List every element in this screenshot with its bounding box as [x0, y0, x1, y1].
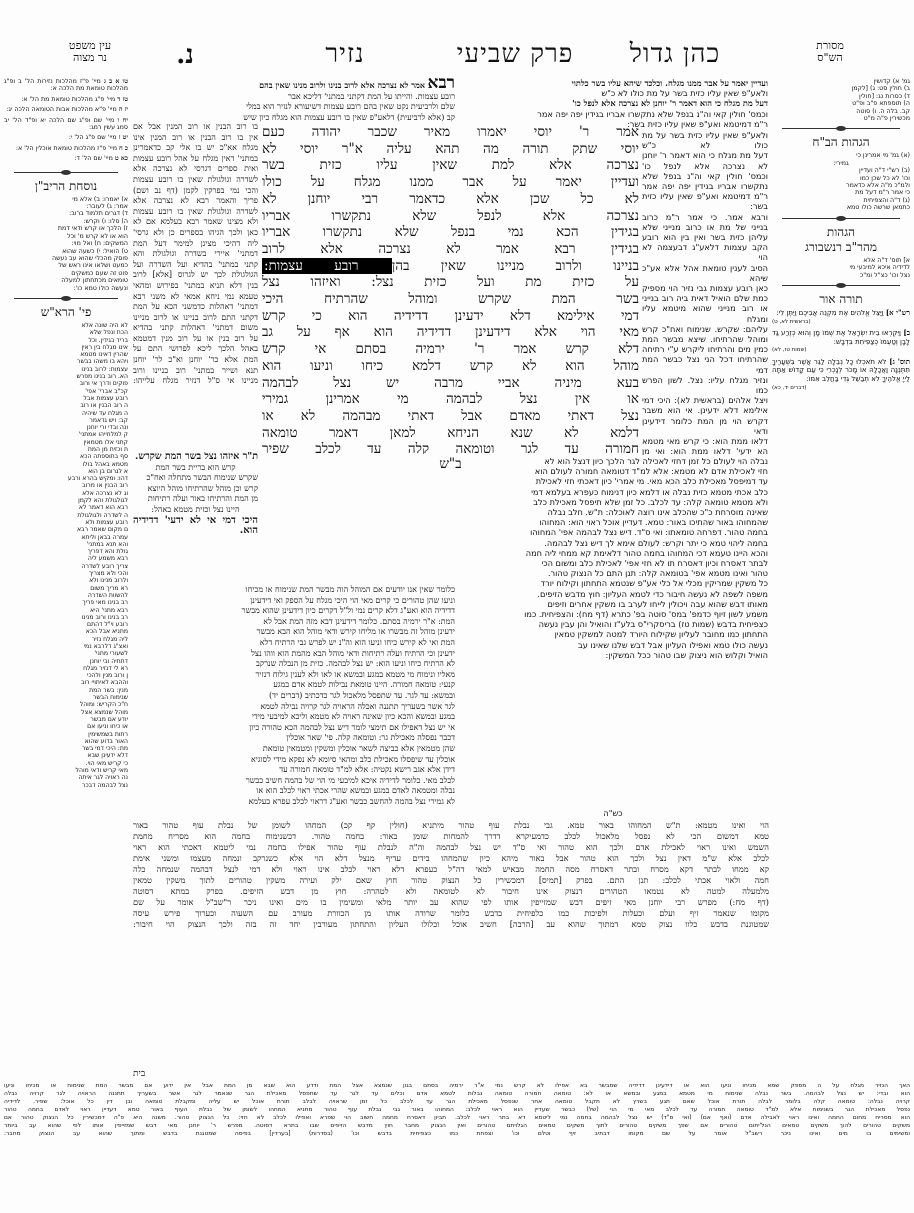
ein-mishpat-text: מיי' פ"ז מהלכות טומאת אוכלין הל' א:	[16, 145, 117, 152]
ein-mishpat-entry: טו א ב ג מיי' פ"ז מהלכות נזירות הל' ב ופ…	[4, 78, 128, 93]
rosh-line: קכ"ב אברי' אפי'	[4, 388, 128, 395]
torah-or: רש"י א] וַיַּצֵּל אֱלֹהִים אֶת מִקְנֵה א…	[772, 309, 910, 395]
tosafot-line: לשדרה וגולגולת שאין בו רובע עצמות	[133, 175, 258, 186]
rashi-line: בחמה טהור. דפרחה טומאתו: ואי ס"ד. דיש נצ…	[458, 527, 768, 537]
tosafot-line: כלומר שאין אנו יודעים אם המוהל הוה מבשר …	[133, 585, 455, 596]
rashi-line: הואיל וקלוש הוא ניצוק שבו טהור ככל המשקי…	[458, 650, 768, 660]
rivan-line: המשקים: ח) ואל מוי:	[4, 240, 128, 247]
rashi-end-marker: כש"ה	[458, 808, 768, 818]
tosafot-line: מקומו שנאמר זיף ועלם וכעלות ולפיכות כמו …	[133, 908, 769, 919]
tosafot-line: ידעינן מוהל זה מבשרו או מליחו קירש ודאי …	[133, 627, 455, 638]
rivan-line: פוט זה שעם כמשקים	[4, 270, 128, 277]
masoret-header: מסורת הש"ס	[775, 40, 885, 68]
tosafot-line: הגולגולת לכך יש לגרוס [אלא] לרוב	[133, 270, 258, 281]
rivan-line: ד) דגרים תלמוד ברוב:	[4, 210, 128, 217]
tosafot-line: קא ממחו לבתר דקא מסרח ובתר דאסרח מסה החמ…	[133, 864, 769, 875]
rosh-line: רא מריך משום	[4, 585, 128, 592]
ein-mishpat-entry: טז ד מיי' פ"ג מהלכות טומאת מת הל' א:	[4, 96, 128, 103]
tosafot-line: כאן ולכך הגיהו בספרים כן ולא גרסי'	[133, 228, 258, 239]
rashi-line: משמע לשון זיוף כדמפ' במס' סוטה בפ' כתרא …	[458, 609, 768, 619]
rashi-line: שאינה מוסרחת כ"כ שהכלב אינו רוצה לאוכלה:…	[458, 507, 768, 517]
tosafot-line: לכלב אלא ש"מ דאין נצל ולכך הוא טהור אבל …	[133, 853, 769, 864]
tosafot-line: אין בו רוב הבנין או רוב המנין אינו	[133, 133, 258, 144]
gemara-line: ועדיין יאמר על אבר ממנו מגלח על כולו	[262, 174, 639, 191]
tosafot-line: בו רוב הבנין או רוב המנין אבל אם	[133, 122, 258, 133]
masoret-line: גמ' א) קדושין	[772, 78, 910, 85]
gemara-line: מאי הוי אלא דידעינן דדידיה הוא אף על גב	[262, 324, 639, 341]
footnote-line: נפסל מאכילת הגר בשנימוח אלא למ"ד טומאה ח…	[4, 1106, 910, 1114]
rashi-line: בחמה ליהוי טמא כי יתר וקרש: לעולם אימא ל…	[458, 538, 768, 548]
hagahot-maharab-title-line2: מהר"ב רנשבורג	[772, 240, 910, 255]
rosh-line: רא לי דנזיר מגלח	[4, 665, 128, 672]
rosh-line: גולת והא דפריך	[4, 548, 128, 555]
tosafot-line: שלם ולרביעית נקט שאין בהם רובע עצמות דשי…	[133, 102, 455, 113]
rosh-line: סף בתוספתה הכא	[4, 453, 128, 460]
rashi-line: ולאע"פ שאין עליו כזית בשר על מת כולו לא …	[458, 88, 768, 98]
tosafot-line: באהל הלכך ליכא לפרושי התם על	[133, 344, 258, 355]
torah-or-entry: תוס' ג] לֹא תֹאכְלוּ כָל נְבֵלָה לַגֵּר …	[772, 358, 910, 392]
perush-harosh: לא היה שונה אלאהכת ונפל שלאבריד בגידין. …	[4, 322, 128, 789]
footnote-line: האך הנזיר מגלח על ה מספק שמא מכיחו וניעו…	[4, 1082, 910, 1090]
rosh-line: ואצ"ג דלרבא נמי	[4, 643, 128, 650]
hagahot-bach-title: הגהות הב"ח	[772, 135, 910, 150]
tosafot-line: לא הרתיח כיחו וניעו הוא: יש נצל לבהמה. כ…	[133, 659, 455, 670]
gemara-line: נצרכה אלא לנפל שלא נתקשרו אבריו	[262, 208, 639, 225]
rosh-line: ת וכזית מן המת	[4, 446, 128, 453]
gemara-line: נצרכה אלא למת שאין עליו כזית בשר	[262, 157, 639, 174]
rosh-line: רובע וי"ל דהתם	[4, 621, 128, 628]
tosafot-header: רבא אמר לא נצרכה אלא לרוב בנינו ולרוב מנ…	[133, 78, 455, 123]
rosh-line: מוהל שנמצא אצל	[4, 709, 128, 716]
torah-or-title: תורה אור	[772, 292, 910, 307]
tosafot-dibur-2: ת"ר איזהו נצל בשר המת שקרש. קרש הוא בריי…	[133, 452, 258, 582]
tosafot-line: קרש הוא בריית בשר המת	[133, 463, 258, 474]
tosafot-line: פריך והאמר רבא לא נצרכה אלא	[133, 196, 258, 207]
rosh-line: לשעורי מתני'	[4, 650, 128, 657]
chapter-name: כהן גדול	[600, 40, 750, 68]
torah-or-mark: ב]	[903, 328, 910, 337]
tosafot-line: רובע עצמות. והייתו על המת דקתני במתני' ד…	[133, 92, 455, 103]
rashi-line: דקרש הוי מן המת כלומר דידעינן ודאי	[642, 416, 768, 436]
ein-mishpat-mark: יז ה	[119, 106, 128, 113]
tosafot-line: הוי ואינו מטמא: ת"ש המחוהו באור טמא. גבי…	[133, 820, 769, 831]
tosafot-line: קתני במתני' בהדיא ועל השדרה ועל	[133, 260, 258, 271]
hagahot-bach: (א) גמ' מי אמרינן כי גמירי: (ב) רש"י ד"ה…	[772, 152, 910, 211]
rosh-line: ה רוב הבנין או רוב	[4, 402, 128, 409]
masoret-hashas: גמ' א) קדושין ב) חולין סט: ג) [לקמן ד) כ…	[772, 78, 910, 122]
tosafot-line: תנא ושייר במתני' רוב בניינו ורוב	[133, 366, 258, 377]
footnote-line: הוא ובדי: יש נצל לבהמה. בשר נבלה שנימוח …	[4, 1090, 910, 1098]
ein-mishpat-entry: יח ו מיי' שם ופ"ג שם הלכה יא ופ"ד הל' יב…	[4, 117, 128, 132]
rosh-line: האור בדוע שהוא	[4, 738, 128, 745]
tosafot-line: המת אלא כר' יוחנן וא"כ לר' יוחנן	[133, 355, 258, 366]
rosh-line: או כיחו וניעו אם	[4, 723, 128, 730]
rosh-line: עצמות: לרוב בנינו	[4, 366, 128, 373]
nuschat-rivan: א) יאמרו: ב) אלא מי אמר: ג) לעובר: ד) דג…	[4, 196, 128, 292]
tosafot-line: טמא דמשום הכי לא נפסל מלאכול לכלב כדמעיק…	[133, 831, 769, 842]
tosafot-line: ואית ספרים דגרסי לא נצרכה אלא	[133, 164, 258, 175]
tosafot-line: במתני' דאין מגלח על אהל רובע עצמות	[133, 154, 258, 165]
rashi-line: ר"מ דמיטמא ואע"פ שאין עליו כזית בשר:	[642, 191, 768, 211]
ein-mishpat-mark: כ ח	[119, 145, 128, 152]
rashi-line: ולא מטמא טומאה קלה: עד לכלב. כל זמן שלא …	[458, 497, 768, 507]
rosh-line: ונה ובדי ורי יוחנן	[4, 424, 128, 431]
rashi-line: לבתר דאסרח וכיון דאסרח תו לא חזי אפי' לא…	[458, 558, 768, 568]
rashi-line: וכמס' חולין קאי וה"נ בנפל שלא נתקשרו אבר…	[458, 109, 768, 119]
masoret-line: מכשירין פ"ה מ"ט	[772, 115, 910, 122]
ein-mishpat-mark: יח ו	[118, 117, 128, 124]
rosh-line: עמרה בבאן וליתא	[4, 534, 128, 541]
ein-mishpat-mark: טז ד	[117, 96, 128, 103]
tosafot-line: משום דמתני' דאהלות קתני בהדיא	[133, 323, 258, 334]
ornament-divider	[14, 172, 118, 173]
tosafot-dibur: אמר לא נצרכה אלא לרוב בנינו ולרוב מנינו …	[259, 80, 425, 90]
ein-mishpat: טו א ב ג מיי' פ"ז מהלכות נזירות הל' ב ופ…	[4, 78, 128, 166]
ein-mishpat-header: עין משפט נר מצוה	[50, 40, 130, 68]
gemara-line: חמורה עד לגר וטומאה קלה עד לכלב שפיר	[262, 441, 639, 454]
rivan-line: טומאים מכתחתון למעלה	[4, 277, 128, 284]
rosh-line: רובע עצמות אבל	[4, 395, 128, 402]
rashi-line: התחתון כמו מחובר לעליון שקילוח היורד למט…	[458, 629, 768, 639]
hagahot-line: (ג) ד"ה והצפיחית	[772, 197, 910, 204]
rashi-line: כלב אכתי מטמא כזית נבלה או דלמא כיון דני…	[458, 487, 768, 497]
rashi-line: ורבא אמר. כי אמר ר"מ כרוב	[642, 212, 768, 222]
ein-mishpat-mark: יט ז	[119, 134, 128, 141]
tosafot-line: מלמעלה למטה לא נטמאו הטהורים דנצוק אינו …	[133, 886, 769, 897]
rosh-line: לגולגולת והא לקמן	[4, 497, 128, 504]
rosh-line: וההבא לאיתויי רוב	[4, 679, 128, 686]
torah-or-entry: ב] וַיִּקְרְאוּ בֵית יִשְׂרָאֵל אֶת שְׁמ…	[772, 329, 910, 355]
mishnah-quote-highlight: רובע עצמות:	[262, 258, 392, 274]
tosafot-narrow-column: בו רוב הבנין או רוב המנין אבל אםאין בו ר…	[133, 122, 258, 450]
torah-or-ref: (דברים יד, כא)	[772, 384, 910, 393]
tosafot-line: וניעו שהן טהורים כי קרים מאי הוי היכי מג…	[133, 596, 455, 607]
rashi-line: והכא היינו טעמא דכי המחוהו בחמה טהור דלא…	[458, 548, 768, 558]
ornament-divider	[782, 218, 900, 219]
ein-mishpat-text: מיי' פ"ג מהלכות טומאת מת הל' א:	[21, 96, 115, 103]
rosh-line: ק למלחייהו אמתני'	[4, 431, 128, 438]
tosafot-line: לא גמירי נצל בהמה להחשב כבשר ואע"ג דראוי…	[133, 797, 455, 807]
tosafot-line: דמתני' דאהלות כדמשני הכא על המת	[133, 302, 258, 313]
rashi-line: הסיב לענין טומאת אהל אלא אע"כ שיהא	[642, 263, 768, 283]
rashi-line: דעל מת מגלח כי הוא דאמר ר' יוחנן לא נצרכ…	[642, 150, 768, 170]
rashi-line: אילימא דלא ידעינן. אי הוא משבר	[642, 405, 768, 415]
gemara-line: בגידין הכא נמי בנפל שלא נתקשרו אבריו	[262, 224, 639, 241]
rashi-line: ונזיר מגלח עליו: נצל. לשון הפרש כמו	[642, 375, 768, 395]
rosh-line: נצל לבהמה דבכר	[4, 782, 128, 789]
gemara-footer: ב"ש	[262, 456, 639, 473]
rosh-line: דהו: ומקיש בהרא ורבע	[4, 475, 128, 482]
torah-or-verse: וַיַּצֵּל אֱלֹהִים אֶת מִקְנֵה אֲבִיכֶם …	[776, 309, 883, 317]
tosafot-line: דכבר נפסלה מאכילת גר: וטומאה קלה. פי' שא…	[133, 733, 455, 744]
ein-mishpat-text: מיי' שם ופ"ג שם הלכה יא ופ"ד הל' יב סמג …	[4, 117, 128, 131]
hagahot-line: וכו' לא כל שכן כמו	[772, 175, 910, 182]
tosafot-line: שמטוגנת בדבש כלוו נצוק טמא דמתוך שהוא עב…	[133, 919, 769, 930]
rosh-line: מטמא באהל בולו	[4, 461, 128, 468]
rivan-line: הוא או לא קרש מ' וכל	[4, 233, 128, 240]
gemara-line: על כזית מת ועל כזית נצל: ואיזהו נצל	[262, 274, 639, 291]
rosh-line: ם מקום שאמר רבא	[4, 526, 128, 533]
ein-mishpat-entry: כ ח מיי' פ"ז מהלכות טומאת אוכלין הל' א:	[4, 145, 128, 152]
rosh-line: רבא הוא דאמר לא	[4, 504, 128, 511]
maharab-line: לדידיה איכא למיבעי מי	[772, 264, 910, 271]
hagahot-line: (א) גמ' מי אמרינן כי	[772, 152, 910, 159]
rashi-line: עליהם: שקרש. שנימוח ואח"כ קרש	[642, 324, 768, 334]
rivan-title: נוסחת הריב"ן	[4, 179, 128, 194]
rosh-line: א לגרום בן הוא	[4, 468, 128, 475]
hagahot-line: כתמאן שרשה כולו טמא	[772, 204, 910, 211]
tosafot-line: רבא אמר לא נצרכה אלא לרוב בנינו ולרוב מנ…	[133, 78, 455, 92]
tosafot-line: שקרש שנימוח הבשר מתחלה ואח"כ	[133, 473, 258, 484]
rosh-line: ן ורוב מנין ולהכי	[4, 672, 128, 679]
torah-or-entry: רש"י א] וַיַּצֵּל אֱלֹהִים אֶת מִקְנֵה א…	[772, 309, 910, 326]
rashi-line: הא ידעי' דלאו ממת הוא: ואי מן המת	[642, 446, 768, 455]
rashi-line: טהור ואינו מטמא אפי' בטומאה קלה: תנן התם…	[458, 568, 768, 578]
rivan-line: פוסק מהכלי שהוא עב נעשה	[4, 255, 128, 262]
rosh-line: ה לשדרה ולגולגולת	[4, 512, 128, 519]
rashi-line: הקב עצמות דלאע"ג דבעצמה לא הוי	[642, 242, 768, 262]
rosh-line: צריך רובע לשדרה	[4, 563, 128, 570]
right-margin: גמ' א) קדושין ב) חולין סט: ג) [לקמן ד) כ…	[772, 78, 910, 638]
rosh-line: בריד בגידין. וכל	[4, 337, 128, 344]
rashi-line: כמת שלם הואיל דאית ביה רוב בנייני	[642, 293, 768, 303]
tosafot-line: דמתני' איירי בשדרה וגולגולת והא	[133, 249, 258, 260]
tosafot-line: לשדרה וגולגולת שאין בו רובע עצמות	[133, 207, 258, 218]
tosafot-line: במגע ובמשא והכא כיון שאינה ראויה לא מטמא…	[133, 712, 455, 723]
rosh-line: רבא מתני' היא	[4, 607, 128, 614]
tosafot-line: לכלב מאי. כלומר לדידיה איכא למיבעי מי הו…	[133, 776, 455, 787]
tractate-name: נזיר	[295, 40, 395, 68]
ein-mishpat-entry: יט ז מיי' שם פ"ג הל' י:	[4, 134, 128, 141]
tosafot-dibur-heading: ת"ר איזהו נצל בשר המת שקרש.	[133, 452, 258, 463]
tosafot-dibur-heading: היכי דמי אי לא ידעי' דדידיה הוא.	[133, 516, 258, 537]
tosafot-line: ובמשא: עד לגר. עד שתפסל מלאכול לגר כדכתי…	[133, 691, 455, 702]
rosh-line: מתניא אבל הכא	[4, 628, 128, 635]
left-margin: טו א ב ג מיי' פ"ז מהלכות נזירות הל' ב ופ…	[4, 78, 128, 1083]
rosh-line: שהרין דאינו מטמא	[4, 351, 128, 358]
tosafot-line: ליה דהיכי מצינן למימר דעל המת	[133, 239, 258, 250]
tosafot-line: המת ואי לא קירש כיחו וניעו הוא וה"נ יש ל…	[133, 638, 455, 649]
rosh-line: דתתיה ובי יוחנן	[4, 658, 128, 665]
rosh-line: כי קריש מאי הוי.	[4, 760, 128, 767]
ein-mishpat-text: מיי' פ"א מהלכות אבות הטומאה הלכה יג:	[6, 106, 117, 113]
rashi-continuation: נבלה הוי לעולם כל זמן דחזי לאכילה לגר הל…	[458, 456, 768, 806]
gemara-line: בשר המת שקרש ומוהל שהרתיח היכי	[262, 291, 639, 308]
hagahot-line: גמירי:	[772, 160, 910, 167]
bottom-footnotes: האך הנזיר מגלח על ה מספק שמא מכיחו וניעו…	[4, 1082, 910, 1142]
rosh-line: יודע אם מבשר	[4, 716, 128, 723]
tosafot-line: אוכלין עד שיפסלו מאכילת כלב ומהאי סיומא …	[133, 755, 455, 766]
tosafot-line: מניינו אי ס"ל דנזיר מגלח עלייהו:	[133, 376, 258, 387]
folio-number: נ.	[165, 40, 205, 68]
gemara-line: אמר ר' יוסי יאמרו מאיר שכבר יהודה כעם	[262, 124, 639, 141]
tosafot-line: חמה ולאוי אכתי לכלב: תנן התם. בפרק [תמיס…	[133, 875, 769, 886]
tosafot-line: טעמא נמי ניחא אמאי לא משני רבא	[133, 292, 258, 303]
rashi-line: ויצל אלהים (בראשית לא): היכי דמי	[642, 395, 768, 405]
rivan-line: ט) הואיל: י) כשעה שהוא	[4, 248, 128, 255]
hagahot-maharab: א] תוס' ד"ה אלא לדידיה איכא למיבעי מי נצ…	[772, 257, 910, 279]
footnote-line: משקים טהורים להוך משקים טמאים הנל'יתום ט…	[4, 1122, 910, 1130]
ornament-divider	[782, 285, 900, 286]
masoret-line: ה) תוספתא פ"ב ופ"ט	[772, 100, 910, 107]
tosafot-line: נבלה ומטמאה לאדם במגע ובמשא שהרי אכתי רא…	[133, 786, 455, 797]
gemara-line: מוהל הוא לא קרש דלמא כיחו וניעו הוא	[262, 358, 639, 375]
rosh-line: נה ראויה לגר איתה	[4, 774, 128, 781]
rosh-line: רוב הבנין או מרוב	[4, 482, 128, 489]
hagahot-line: (ב) רש"י ד"ה ועדיין	[772, 167, 910, 174]
page-catchword: בית	[133, 1070, 769, 1079]
ein-mishpat-entry: יז ה מיי' פ"א מהלכות אבות הטומאה הלכה יג…	[4, 106, 128, 113]
masoret-line: ב) חולין סט: ג) [לקמן	[772, 85, 910, 92]
tosafot-line: ידעינן וכי הרתיח ועלה רתיחות ודאי מוהל ה…	[133, 649, 455, 660]
rosh-line: הא. רוב בנינו מפרש	[4, 373, 128, 380]
masoret-line: ד) כסרות נג: [חולין	[772, 93, 910, 100]
rashi-line: נעשה כולו טמא ואפילו העליון אבל דבש שלנו…	[458, 640, 768, 650]
gemara-line: דלמא לא שנא הניחא למאן דאמר טומאה	[262, 425, 639, 442]
rashi-dibur: ועדיין יאמר על אבר ממנו מגלח. וכלכד שיהא…	[572, 78, 768, 88]
ein-mishpat-title-line2: נר מצוה	[50, 52, 130, 64]
rosh-line: ליה מגלח נזיר	[4, 636, 128, 643]
torah-or-verse: וַיִּקְרְאוּ בֵית יִשְׂרָאֵל אֶת שְׁמוֹ …	[772, 329, 910, 346]
rosh-line: ויהא בו משהו בבשר	[4, 358, 128, 365]
maharab-line: א] תוס' ד"ה אלא	[772, 257, 910, 264]
rashi-line: משפה לשפה לא נעשה חיבור כדי לטמא העליון:…	[458, 589, 768, 599]
rashi-line: שהרתיחו דכל הני נצל כבשר המת דמי	[642, 354, 768, 374]
torah-or-mark: רש"י א]	[886, 309, 910, 317]
tosafot-continuation: כלומר שאין אנו יודעים אם המוהל הוה מבשר …	[133, 585, 455, 807]
gemara-line: בניינו ולרוב מניינו שאין בהן רובע עצמות:	[262, 258, 639, 275]
tosafot-line: מאליו ונימוח מי מטמא במגע ובמשא או לאו ו…	[133, 670, 455, 681]
rashi-line: וכמס' חולין קאי וה"נ בנפל שלא נתקשרו אבר…	[642, 171, 768, 191]
rosh-line: והא תנא במתני'	[4, 541, 128, 548]
ein-mishpat-mark: כא ט	[115, 155, 128, 162]
tosafot-line: קנעי: טומאה חמורה. היינו טומאת נבילות לט…	[133, 680, 455, 691]
rosh-line: רב בנינו מאי פריך	[4, 599, 128, 606]
chapter-number: פרק שביעי	[440, 40, 590, 68]
ein-mishpat-text: מיי' שם פ"ג הל' י:	[69, 134, 117, 141]
gemara-line: או אין נצל לבהמה מי אמרינן גמירי	[262, 391, 639, 408]
tosafot-line: בנין דלא תניא במתני' בפירוש ומהאי	[133, 281, 258, 292]
rosh-line: שנימוח הבשר	[4, 694, 128, 701]
footnote-line: הוא מסריח מחום החמה ואינו ראוי לאבילה אד…	[4, 1114, 910, 1122]
rivan-line: אמר: ג) לעובר:	[4, 203, 128, 210]
rashi-line: שהמחוהו באור שהתיכו באור: טמא. דעדיין או…	[458, 517, 768, 527]
gemara-line: יוסי שתק תורה מה תהא עליה א"ר יוסי לא	[262, 141, 639, 158]
gemara-line: בגידין רבא אמר לא נצרכה אלא לרוב	[262, 241, 639, 258]
ein-mishpat-text: מיי' שם הל' ד:	[74, 155, 112, 162]
rosh-line: ח"כ הקריש: ומוהל	[4, 701, 128, 708]
tosafot-line: דידן אלא אגב רישא נקטיה: אלא למ"ד טומאה …	[133, 765, 455, 776]
tosafot-line: לגר אשר בשעריך תתננה ואכלה הראויה לגר קר…	[133, 702, 455, 713]
rosh-line: מאי קריש ודאי מוהל	[4, 767, 128, 774]
tosafot-line: המת: א"ר ירמיה בסתם. כלומר דידעינן דבא מ…	[133, 617, 455, 628]
rashi-line: ועדיין יאמר על אבר ממנו מגלח. וכלכד שיהא…	[458, 78, 768, 88]
rosh-line: וג לא נצרכה אלא	[4, 490, 128, 497]
rashi-line: כמין מים והרתיחו ליקרש ע"י רתיחה	[642, 344, 768, 354]
rosh-line: רב בנינו ורוב מנינו	[4, 614, 128, 621]
rosh-line: מת: היכי דמי בשר	[4, 745, 128, 752]
rivan-line: כמעט ושלאו אינו ראש של	[4, 262, 128, 269]
gemara-line: דמי אילימא דלא ידעינן דדידיה הוא כי קרש	[262, 308, 639, 325]
rashi-line: או רוב מנייני שהוא מיטמא עליו ומגלח	[642, 303, 768, 323]
rivan-line: א) יאמרו: ב) אלא מי	[4, 196, 128, 203]
tosafot-line: מגלח אא"כ יש בו אלי קב כדאמרינן	[133, 143, 258, 154]
rashi-line: בנייני של מת או כרוב מנייני שלא	[642, 222, 768, 232]
tosafot-line: אי יש נצל דאפילו אם תימצי לומר דיש נצל ל…	[133, 723, 455, 734]
ornament-divider	[14, 298, 118, 299]
gemara-end-marker: ב"ש	[439, 456, 461, 472]
rosh-line: קב: ויש גדאמר	[4, 417, 128, 424]
torah-or-ref: (שמות טז, לא)	[772, 346, 910, 355]
footnote-line: ומשימים בו מים ואינו ניכר רשב"ל אומר על …	[4, 1130, 910, 1138]
rosh-line: ה מגלח עד שיהיה	[4, 410, 128, 417]
tosafot-line: (דף מח:) מפרש רבי יוחנן מאי זיפים דבש שמ…	[133, 897, 769, 908]
rosh-line: מנין: בשר המת	[4, 687, 128, 694]
tosafot-opening-word: רבא	[428, 78, 455, 93]
rosh-line: ולרוב מנינו ולא	[4, 577, 128, 584]
rashi-line: ומוהל שהרתיחו. שיצא מבשר המת	[642, 334, 768, 344]
tosafot-line: שהן מטמאין אלא כביצה לשאר אוכלין ומשקין …	[133, 744, 455, 755]
rosh-title: פי' הרא"ש	[4, 305, 128, 320]
rosh-line: קתני אלו מטמאין	[4, 439, 128, 446]
rosh-line: רובע עצמות ולא	[4, 519, 128, 526]
hagahot-maharab-title: הגהות מהר"ב רנשבורג	[772, 225, 910, 255]
rashi-line: עד דמיפסל מאכילת כלב הכא מאי. מי אמרי' כ…	[458, 476, 768, 486]
tosafot-line: השמש ואינו ראוי לאכילת אדם ולכך הוא טהור…	[133, 842, 769, 853]
rivan-line: ונעשה כולו טמא כו':	[4, 285, 128, 292]
rosh-line: לא היה שונה אלא	[4, 322, 128, 329]
rashi-header: ועדיין יאמר על אבר ממנו מגלח. וכלכד שיהא…	[458, 78, 768, 130]
tosafot-line: ולא מצינו שאמר רבא בעלמא אם לא	[133, 217, 258, 228]
tosafot-line: דקתני התם לרוב בניינו או לרוב מניינו	[133, 313, 258, 324]
rashi-line: כצפיחית בדבש (שמות טז) בריסקרי"ס בלע"ז ו…	[458, 619, 768, 629]
masoret-title-line2: הש"ס	[775, 52, 885, 64]
ein-mishpat-entry: כא ט מיי' שם הל' ד:	[4, 155, 128, 162]
rashi-narrow-column: ולאע"פ שאין עליו כזית בשר על מת כולו לא …	[642, 130, 768, 455]
rosh-line: רתות בשמשימין	[4, 731, 128, 738]
rashi-line: כאן רובע עצמות גבי נזיר הוי מספיק	[642, 283, 768, 293]
hagahot-line: ולמ"כ מ"ה אלא כדאמר	[772, 182, 910, 189]
rashi-line: דעל מת מגלח כי הוא דאמר ר' יוחנן לא נצרכ…	[458, 98, 768, 108]
maharab-line: נצל וכו' כצ"ל ומ"כ	[772, 272, 910, 279]
footnote-line: קרויה נבלה: טומאה קלה בלומר לבלה תורת או…	[4, 1098, 910, 1106]
rosh-line: להשוות השדרה	[4, 592, 128, 599]
rashi-line: דלאו ממת הוא: כי קרש מאי מטמא	[642, 436, 768, 446]
rosh-line: אינו מגלח בין ראין	[4, 344, 128, 351]
rashi-line: כל משקין שמריקין מכלי אל כלי אע"פ שנטמא …	[458, 578, 768, 588]
hagahot-line: כי אמר ר"מ דעל מת	[772, 189, 910, 196]
torah-or-mark: תוס' ג]	[889, 357, 910, 366]
rashi-line: ולאע"פ שאין עליו כזית בשר על מת כולו לא …	[642, 130, 768, 150]
ein-mishpat-mark: טו א ב ג	[104, 78, 128, 85]
tosafot-line: היינו נצל וכזית מטמא באהל:	[133, 505, 258, 516]
tosafot-line: דדידיה הוא ואע"ג דלא קרים נמי ול"ל דקרים…	[133, 606, 455, 617]
rosh-line: והכי ולא מצריך	[4, 570, 128, 577]
tosafot-bottom: הוי ואינו מטמא: ת"ש המחוהו באור טמא. גבי…	[133, 820, 769, 1060]
gemara-line: נצל דאתי מאדם אבל דאתי מבהמה לא או	[262, 408, 639, 425]
rosh-line: דלא ידעינן שבא	[4, 752, 128, 759]
tosafot-line: מן המת והרתיחו באור ועלה רתיחות	[133, 494, 258, 505]
masoret-line: קב. בלה ה. ו) סוטה	[772, 108, 910, 115]
rivan-line: ה) סלו: ו) וקרש:	[4, 218, 128, 225]
rashi-line: עליהן כזית בשר ואין בין הוא רובע	[642, 232, 768, 242]
rosh-line: פוקים ודרך אי ורוב	[4, 380, 128, 387]
torah-or-ref: (בראשית לא, ט)	[772, 318, 910, 327]
rashi-line: מאותו דבש שהוא עבה ויכולין לייחו לערב בו…	[458, 599, 768, 609]
rivan-line: ז) הלכך או קרש ודאי דמת	[4, 225, 128, 232]
hagahot-maharab-title-line1: הגהות	[772, 225, 910, 240]
gemara-line: לא כל שכן אלא כדאמר רבי יוחנן לא	[262, 191, 639, 208]
